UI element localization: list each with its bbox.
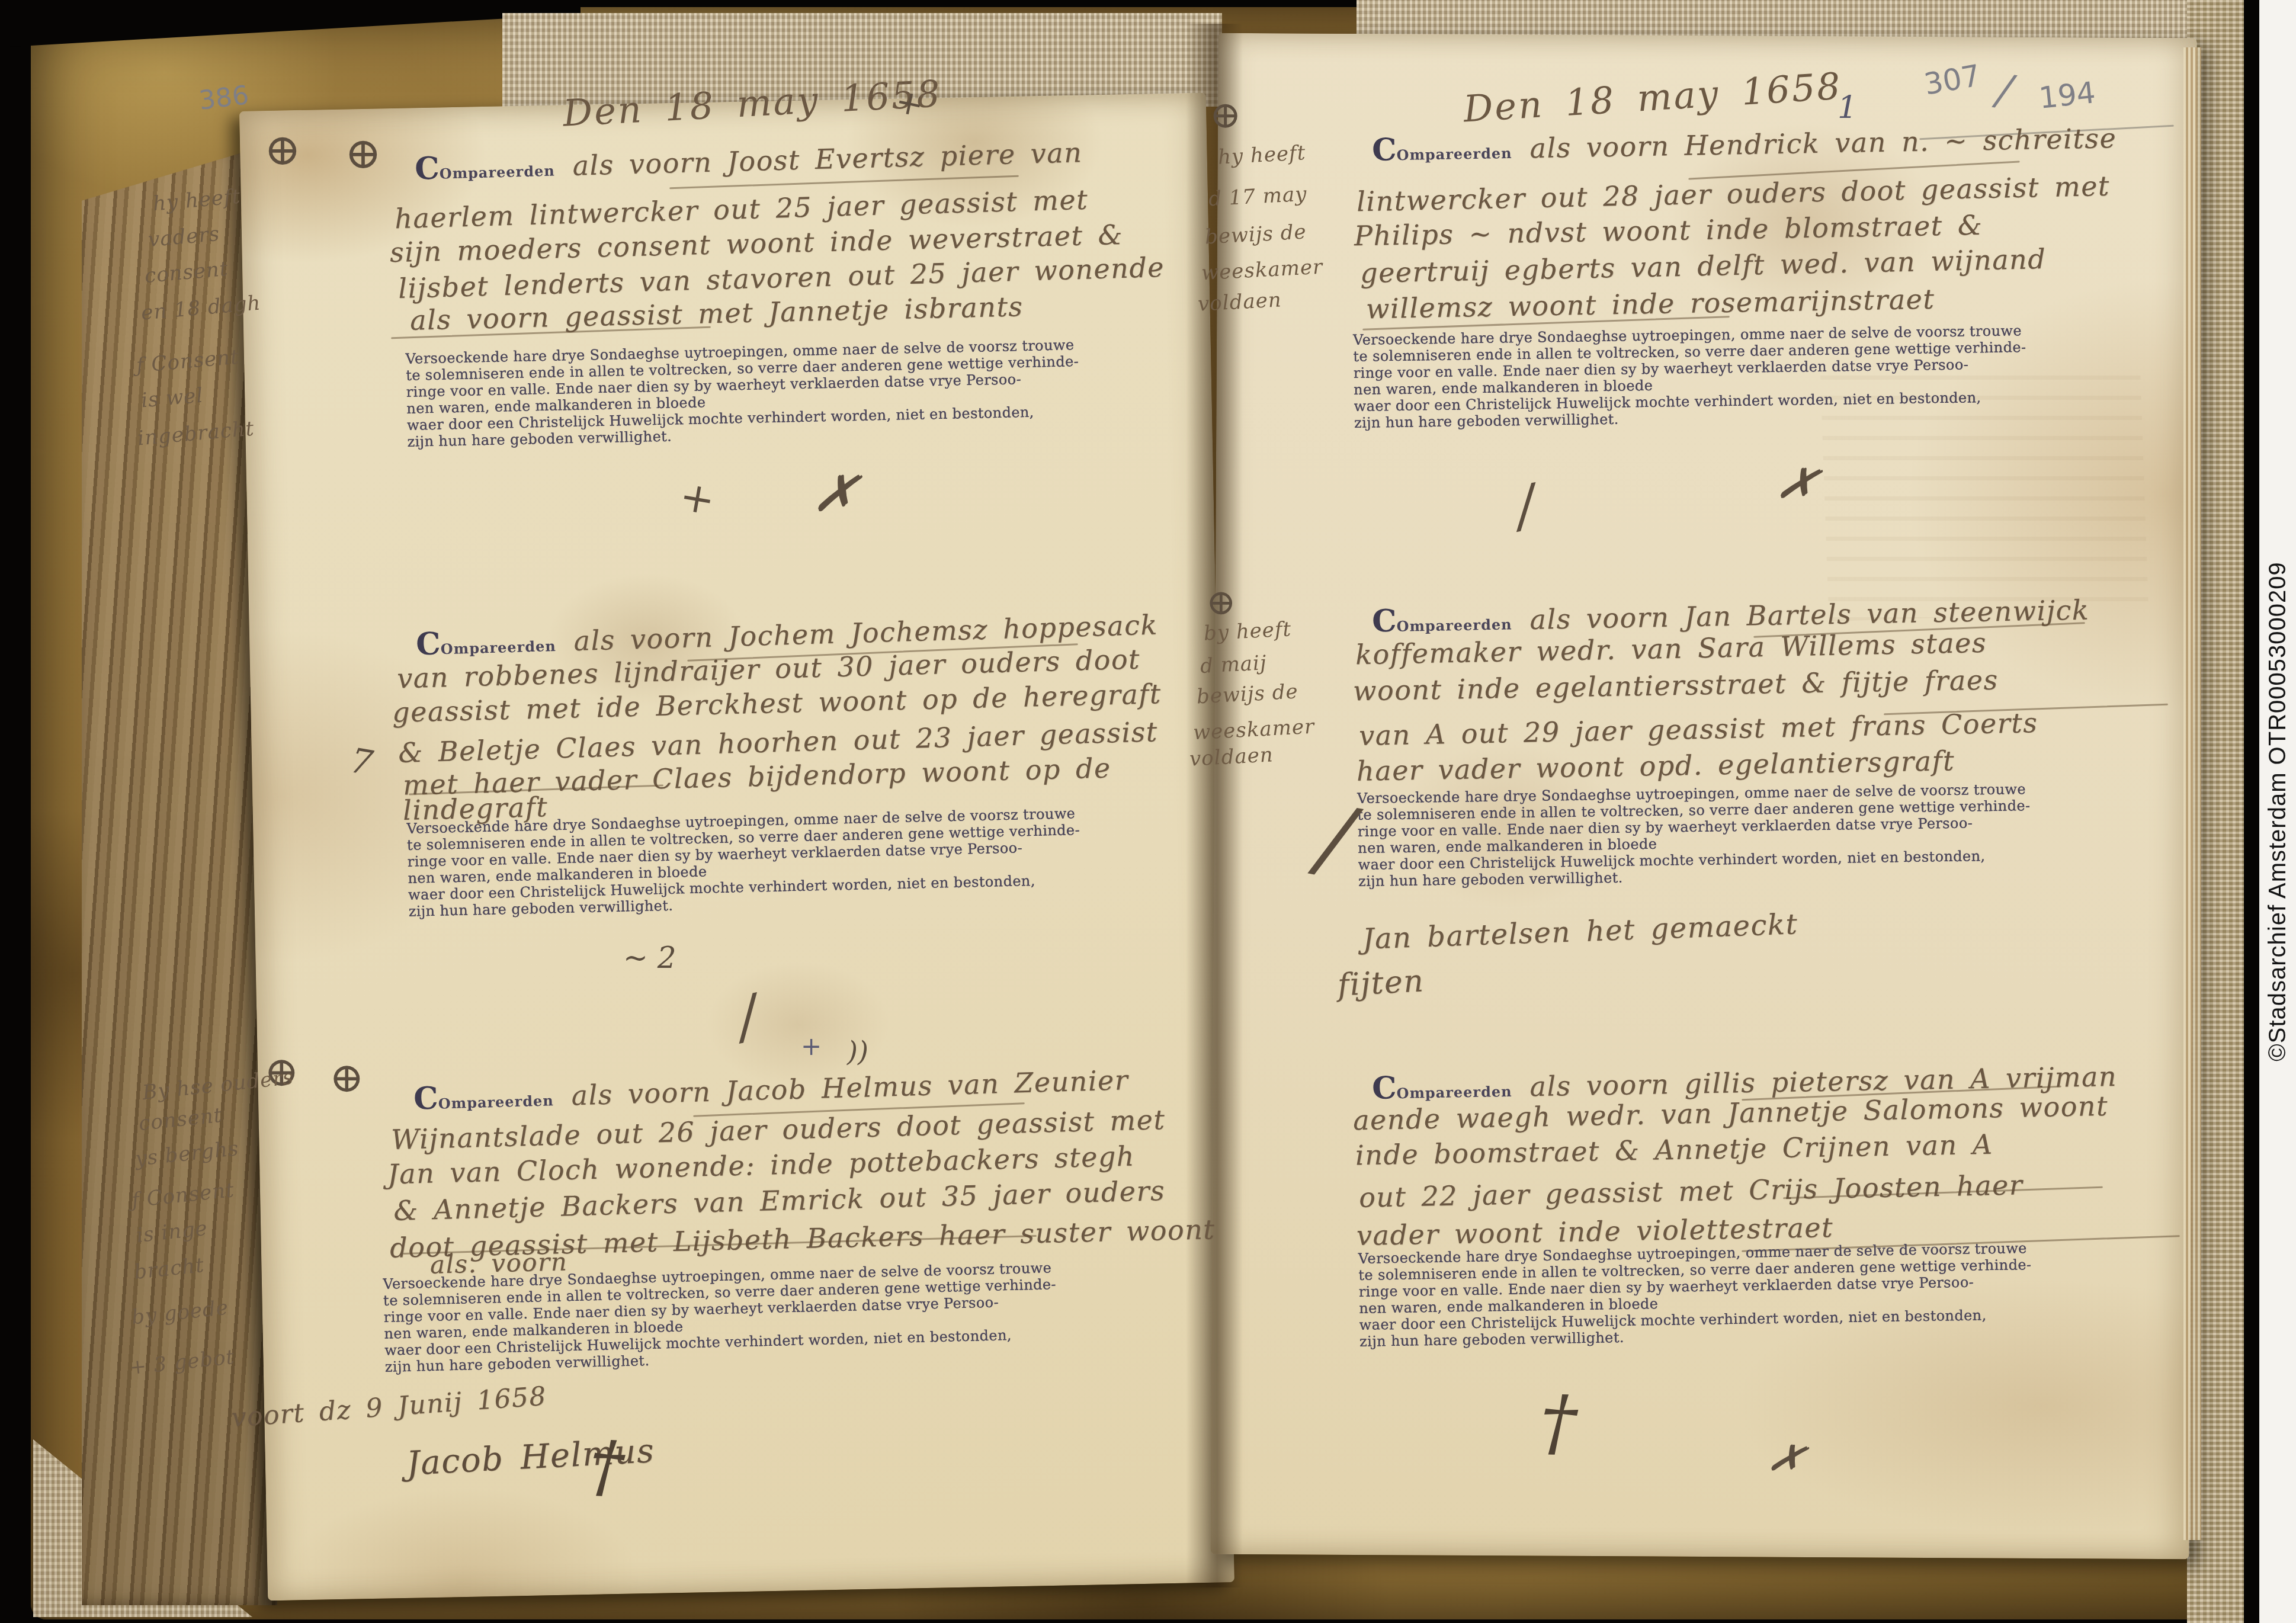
margin-note-line: voldaen bbox=[1189, 743, 1274, 771]
printed-compareerden-cap: C bbox=[415, 626, 441, 662]
flourish-mark: + bbox=[801, 1032, 822, 1061]
flourish-mark: ~ 2 bbox=[623, 941, 676, 975]
printed-compareerden-cap: C bbox=[1372, 603, 1397, 640]
printed-compareerden: Ompareerden bbox=[439, 162, 555, 182]
margin-note-line: d maij bbox=[1200, 651, 1267, 678]
printed-banns-formula: Versoeckende hare drye Sondaeghse uytroe… bbox=[1358, 1240, 2033, 1350]
circle-cross-mark: ⊕ bbox=[329, 1053, 364, 1102]
pencil-folio-number: 386 bbox=[197, 80, 251, 116]
printed-banns-formula: Versoeckende hare drye Sondaeghse uytroe… bbox=[406, 805, 1082, 920]
printed-compareerden: Ompareerden bbox=[1396, 1083, 1512, 1102]
printed-banns-formula: Versoeckende hare drye Sondaeghse uytroe… bbox=[1357, 781, 2031, 890]
signature: fijten bbox=[1337, 963, 1425, 1003]
circle-cross-mark: ⊕ bbox=[264, 124, 301, 175]
photographed-register-spread: { "archive_stamp": "©Stadsarchief Amster… bbox=[0, 0, 2296, 1623]
scan-gap bbox=[2244, 0, 2259, 1623]
margin-note-line: voldaen bbox=[1197, 288, 1282, 316]
printed-compareerden-cap: C bbox=[413, 1080, 438, 1117]
right-page-edges bbox=[2183, 47, 2201, 1540]
pencil-folio-number: 194 bbox=[2037, 75, 2097, 116]
printed-compareerden-cap: C bbox=[1372, 131, 1397, 168]
printed-compareerden-cap: C bbox=[414, 150, 440, 187]
circle-cross-mark: ⊕ bbox=[345, 128, 381, 179]
printed-compareerden: Ompareerden bbox=[440, 637, 556, 657]
book-gutter-shadow bbox=[1186, 24, 1243, 1587]
archive-stamp: ©Stadsarchief Amsterdam OTR00053000209 bbox=[2265, 562, 2291, 1061]
margin-note-line: hy heeft bbox=[1217, 141, 1306, 169]
flourish-mark: )) bbox=[847, 1035, 868, 1067]
printed-banns-formula: Versoeckende hare drye Sondaeghse uytroe… bbox=[383, 1259, 1058, 1375]
flourish-mark: ✗ bbox=[810, 460, 862, 527]
circle-cross-mark: ⊕ bbox=[1210, 94, 1242, 137]
printed-compareerden-cap: C bbox=[1372, 1070, 1397, 1106]
printed-banns-formula: Versoeckende hare drye Sondaeghse uytroe… bbox=[405, 336, 1080, 450]
printed-banns-formula: Versoeckende hare drye Sondaeghse uytroe… bbox=[1353, 322, 2027, 431]
pencil-mark: 1 bbox=[1838, 90, 1857, 126]
printed-compareerden: Ompareerden bbox=[438, 1092, 554, 1112]
margin-note-line: by heeft bbox=[1203, 617, 1292, 646]
flourish-mark: † bbox=[1539, 1380, 1579, 1466]
archive-stamp-strip: ©Stadsarchief Amsterdam OTR00053000209 bbox=[2259, 0, 2296, 1623]
signature-cross-mark: † bbox=[586, 1425, 626, 1507]
printed-compareerden: Ompareerden bbox=[1396, 615, 1512, 634]
printed-compareerden: Ompareerden bbox=[1396, 145, 1512, 163]
circle-cross-mark: ⊕ bbox=[1206, 582, 1236, 623]
